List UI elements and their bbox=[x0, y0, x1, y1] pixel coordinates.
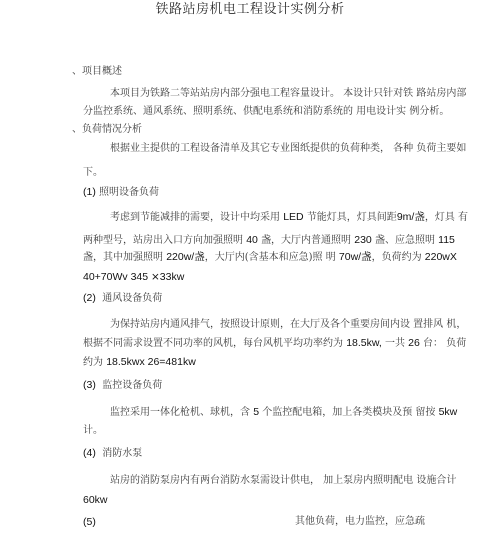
item-2-title: 通风设备负荷 bbox=[102, 293, 162, 304]
item-4-line-2: 60kw bbox=[83, 494, 108, 507]
item-3-heading: (3) 监控设备负荷 bbox=[83, 379, 162, 392]
value-60kw: 60kw bbox=[83, 494, 108, 506]
item-3-line-2: 计。 bbox=[83, 425, 103, 437]
text: 为保持站房内通风排气，按照设计原则，在大厅及各个重要房间内设 置排风 机， bbox=[110, 319, 466, 330]
item-2-label: (2) bbox=[83, 292, 96, 304]
item-4-line-1: 站房的消防泵房内有两台消防水泵需设计供电， 加上泵房内照明配电 设施合计 bbox=[110, 475, 456, 487]
load-analysis-paragraph-line-2: 下。 bbox=[83, 167, 103, 179]
item-1-line-2: 两种型号，站房出入口方向加强照明 40 盏，大厅内普通照明 230 盏、应急照明… bbox=[83, 234, 455, 247]
document-page: 铁路站房机电工程设计实例分析 、项目概述 本项目为铁路二等站站房内部分强电工程容… bbox=[0, 0, 500, 552]
value-230: 230 bbox=[354, 234, 372, 246]
text: 台： 负荷 bbox=[423, 338, 466, 349]
text: 约为 bbox=[83, 357, 103, 368]
text: 个监控配电箱，加上各类模块及预 留按 bbox=[262, 407, 435, 418]
item-5-heading: (5) bbox=[83, 516, 96, 529]
item-2-line-2: 根据不同需求设置不同功率的风机，每台风机平均功率约为 18.5kw, 一共 26… bbox=[83, 337, 466, 350]
item-4-heading: (4) 消防水泵 bbox=[83, 447, 142, 460]
value-led: LED bbox=[283, 211, 303, 223]
section-heading-overview: 、项目概述 bbox=[72, 66, 122, 78]
item-2-heading: (2) 通风设备负荷 bbox=[83, 292, 162, 305]
text: 盏，其中加强照明 bbox=[83, 252, 163, 263]
value-18-5kw: 18.5kw, bbox=[346, 337, 382, 349]
value-5kw: 5kw bbox=[439, 406, 458, 418]
value-spacing: 9m/盏 bbox=[397, 211, 425, 223]
text: 节能灯具，灯具间距 bbox=[307, 212, 397, 223]
item-3-line-1: 监控采用一体化枪机、球机，含 5 个监控配电箱，加上各类模块及预 留按 5kw bbox=[110, 406, 457, 419]
value-220w: 220w/盏 bbox=[166, 251, 205, 263]
document-title: 铁路站房机电工程设计实例分析 bbox=[0, 2, 500, 18]
text: 盏、应急照明 bbox=[375, 235, 435, 246]
item-1-heading: (1) 照明设备负荷 bbox=[83, 186, 159, 199]
formula: 18.5kwx 26=481kw bbox=[106, 356, 196, 368]
item-1-line-3: 盏，其中加强照明 220w/盏，大厅内(含基本和应急)照 明 70w/盏，负荷约… bbox=[83, 251, 457, 264]
item-5-label: (5) bbox=[83, 516, 96, 528]
formula: 40+70Wv 345 ⨯33kw bbox=[83, 271, 184, 283]
item-1-line-1: 考虑到节能减排的需要，设计中均采用 LED 节能灯具，灯具间距9m/盏，灯具 有 bbox=[110, 211, 468, 224]
text: ，负荷约为 bbox=[372, 252, 422, 263]
text: 盏，大厅内普通照明 bbox=[261, 235, 351, 246]
text: ，灯具 有 bbox=[425, 212, 468, 223]
item-1-line-4: 40+70Wv 345 ⨯33kw bbox=[83, 271, 184, 284]
item-3-title: 监控设备负荷 bbox=[102, 380, 162, 391]
value-70w: 70w/盏 bbox=[339, 251, 372, 263]
text: 监控采用一体化枪机、球机，含 bbox=[110, 407, 250, 418]
text: 站房的消防泵房内有两台消防水泵需设计供电， 加上泵房内照明配电 设施合计 bbox=[110, 475, 456, 486]
text: ，大厅内(含基本和应急)照 明 bbox=[205, 252, 336, 263]
section-heading-load-analysis: 、负荷情况分析 bbox=[72, 124, 142, 136]
value-40: 40 bbox=[246, 234, 258, 246]
text: 一共 bbox=[385, 338, 405, 349]
item-4-title: 消防水泵 bbox=[102, 448, 142, 459]
value-220wx: 220wX bbox=[425, 251, 457, 263]
item-2-line-1: 为保持站房内通风排气，按照设计原则，在大厅及各个重要房间内设 置排风 机， bbox=[110, 319, 466, 331]
text: 两种型号，站房出入口方向加强照明 bbox=[83, 235, 243, 246]
text: 计。 bbox=[83, 425, 103, 436]
item-5-title: 其他负荷，电力监控，应急疏 bbox=[295, 516, 425, 528]
text: 考虑到节能减排的需要，设计中均采用 bbox=[110, 212, 280, 223]
load-analysis-paragraph-line-1: 根据业主提供的工程设备清单及其它专业图纸提供的负荷种类， 各种 负荷主要如 bbox=[110, 143, 466, 155]
value-5: 5 bbox=[253, 406, 259, 418]
item-1-title: 照明设备负荷 bbox=[99, 187, 159, 198]
item-4-label: (4) bbox=[83, 447, 96, 459]
overview-paragraph-line-2: 分监控系统、通风系统、照明系统、供配电系统和消防系统的 用电设计实 例分析。 bbox=[83, 106, 449, 118]
value-26: 26 bbox=[408, 337, 420, 349]
item-1-label: (1) bbox=[83, 186, 96, 198]
item-2-line-3: 约为 18.5kwx 26=481kw bbox=[83, 356, 196, 369]
value-115: 115 bbox=[438, 234, 455, 246]
item-3-label: (3) bbox=[83, 379, 96, 391]
text: 根据不同需求设置不同功率的风机，每台风机平均功率约为 bbox=[83, 338, 343, 349]
overview-paragraph-line-1: 本项目为铁路二等站站房内部分强电工程容量设计。 本设计只针对铁 路站房内部 bbox=[110, 88, 466, 100]
